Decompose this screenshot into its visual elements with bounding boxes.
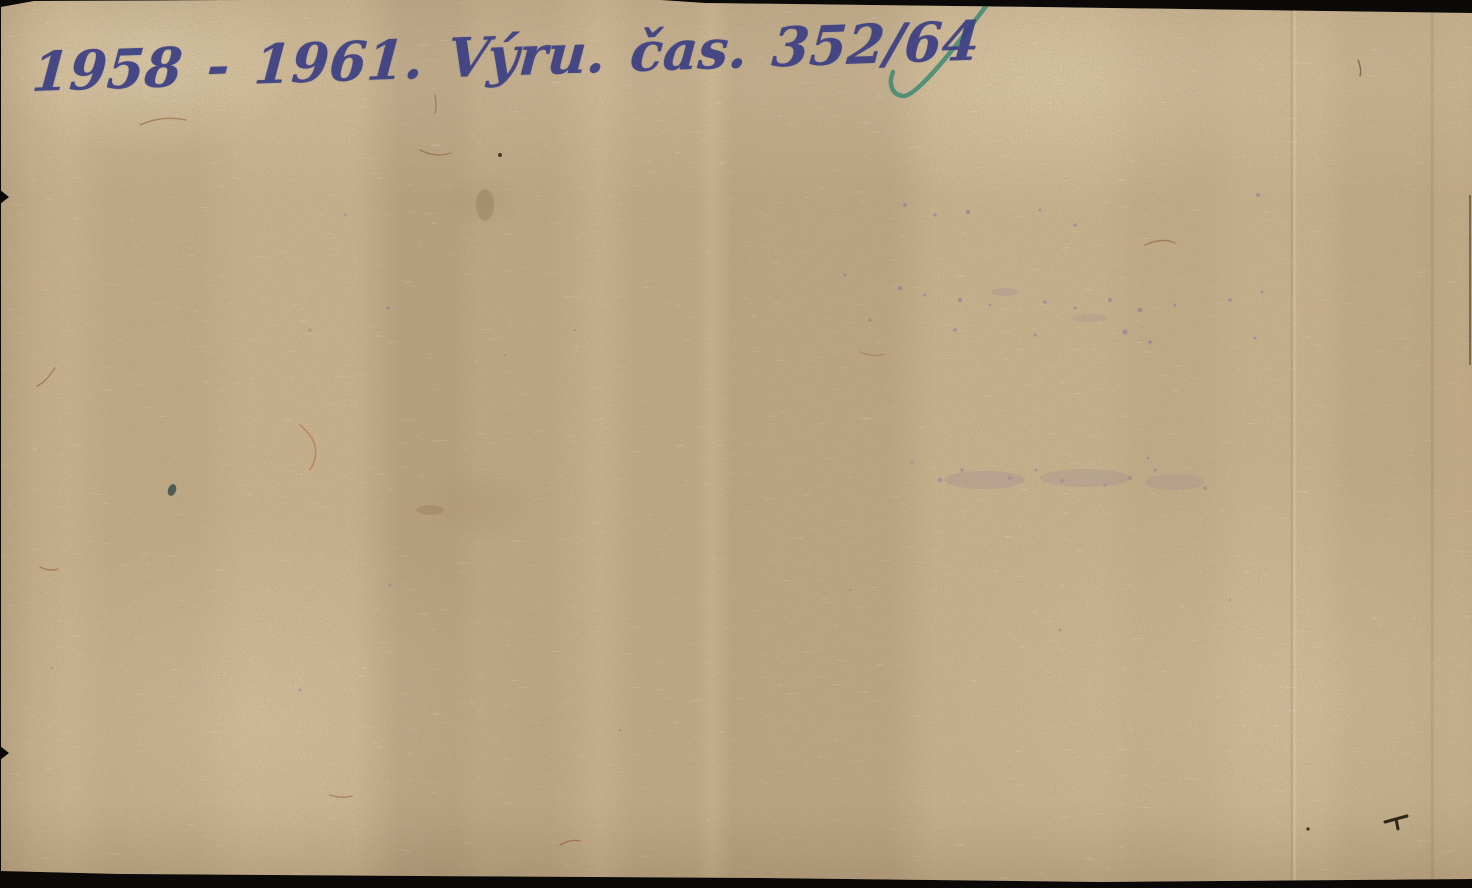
scanner-background: 1958 - 1961. Výru. čas. 352/64 <box>0 0 1472 888</box>
paper-card: 1958 - 1961. Výru. čas. 352/64 <box>0 0 1472 888</box>
paper-marks <box>0 0 1472 888</box>
stamp-ghost-upper <box>843 193 1263 344</box>
paper-specks <box>37 60 1361 845</box>
stamp-ghost-lower <box>911 457 1207 491</box>
dark-flecks <box>166 153 1407 831</box>
paper-edge-shadow <box>1469 195 1471 365</box>
